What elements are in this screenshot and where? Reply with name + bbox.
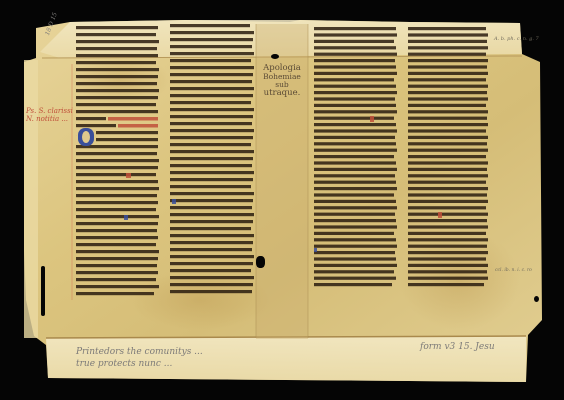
script-lines <box>170 22 256 298</box>
margin-note-line: N. notitia ... <box>26 116 73 124</box>
top-right-note: A. b. ph. c. n. g. 7 <box>494 36 539 42</box>
worm-hole <box>534 296 539 302</box>
worm-hole <box>256 256 265 268</box>
text-column-1 <box>76 24 160 298</box>
right-margin-note: ccl. ib. n. i. c. ro <box>495 268 532 273</box>
spine-title: Apologia Bohemiae sub utraque. <box>258 64 306 98</box>
manuscript-photo: Apologia Bohemiae sub utraque. 18 D 15 A… <box>0 0 564 400</box>
text-column-2 <box>170 22 256 298</box>
text-column-3 <box>314 26 398 288</box>
text-column-4 <box>408 26 490 288</box>
worm-hole <box>41 266 45 316</box>
pencil-line: true protects nunc ... <box>76 358 203 370</box>
bottom-left-pencil-note: Printedors the comunitys ... true protec… <box>76 346 203 370</box>
script-lines <box>408 26 490 288</box>
pencil-line: Printedors the comunitys ... <box>76 346 203 358</box>
rubric <box>108 117 158 121</box>
worm-hole <box>271 54 279 59</box>
margin-rubric-note: Ps. S. clarissi N. notitia ... <box>26 108 73 123</box>
script-lines <box>314 26 398 288</box>
illuminated-initial <box>76 128 94 146</box>
script-lines <box>76 24 160 298</box>
spine-title-line: utraque. <box>258 89 306 98</box>
bottom-right-pencil-note: form v3 15. Jesu <box>420 342 495 352</box>
